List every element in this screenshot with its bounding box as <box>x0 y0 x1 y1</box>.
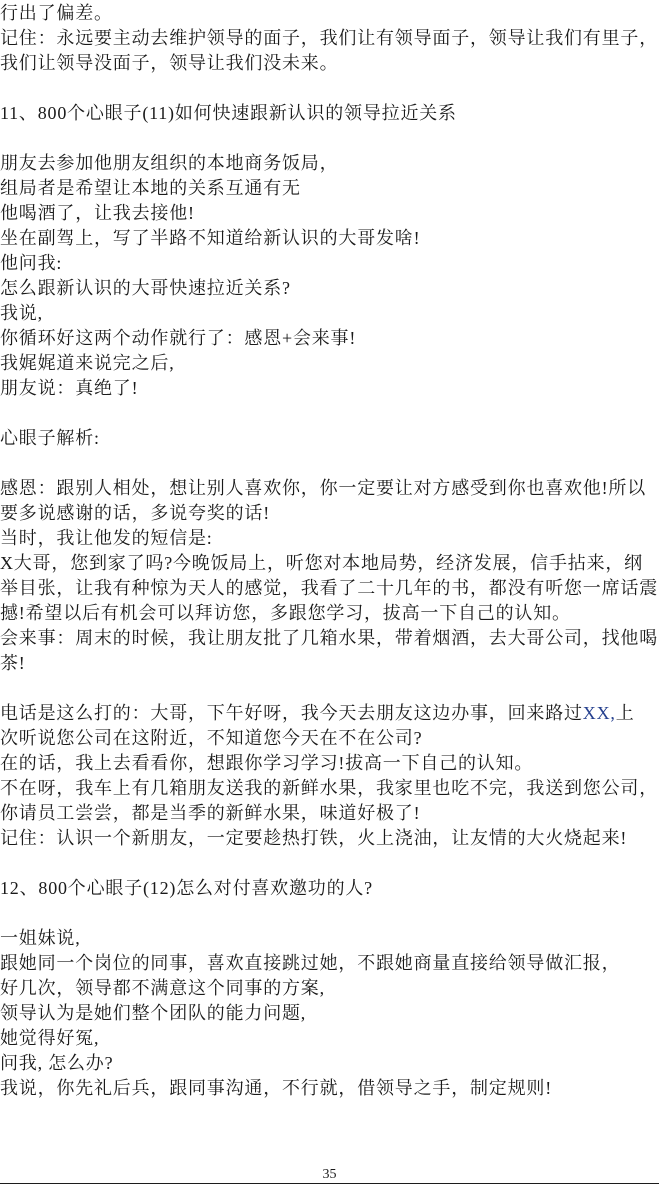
blank-line <box>0 126 659 151</box>
text-segment: 不在呀，我车上有几箱朋友送我的新鲜水果，我家里也吃不完，我送到您公司， <box>0 778 658 798</box>
document-body: 行出了偏差。记住：永远要主动去维护领导的面子，我们让有领导面子，领导让我们有里子… <box>0 1 659 1101</box>
text-line: 次听说您公司在这附近，不知道您今天在不在公司? <box>0 726 659 751</box>
text-segment: 上 <box>616 703 635 723</box>
text-line: 会来事：周末的时候，我让朋友批了几箱水果，带着烟酒，去大哥公司，找他喝 <box>0 626 659 651</box>
text-line: 我说, <box>0 301 659 326</box>
text-segment: 记住：认识一个新朋友，一定要趁热打铁，火上浇油，让友情的大火烧起来! <box>0 828 627 848</box>
text-line: 心眼子解析: <box>0 426 659 451</box>
text-line: 当时，我让他发的短信是: <box>0 526 659 551</box>
text-line: 记住：认识一个新朋友，一定要趁热打铁，火上浇油，让友情的大火烧起来! <box>0 826 659 851</box>
text-segment: 跟她同一个岗位的同事，喜欢直接跳过她，不跟她商量直接给领导做汇报， <box>0 953 620 973</box>
text-segment: 好几次，领导都不满意这个同事的方案, <box>0 978 325 998</box>
blank-line <box>0 76 659 101</box>
text-segment: 我们让领导没面子，领导让我们没未来。 <box>0 53 338 73</box>
text-segment: 心眼子解析: <box>0 428 100 448</box>
blank-line <box>0 676 659 701</box>
text-segment: 朋友说：真绝了! <box>0 378 138 398</box>
text-line: 我娓娓道来说完之后, <box>0 351 659 376</box>
text-segment: 举目张，让我有种惊为天人的感觉，我看了二十几年的书，都没有听您一席话震 <box>0 578 658 598</box>
text-segment: 他喝酒了，让我去接他! <box>0 203 195 223</box>
text-segment: 你循环好这两个动作就行了：感恩+会来事! <box>0 328 356 348</box>
text-segment: 我说，你先礼后兵，跟同事沟通，不行就，借领导之手，制定规则! <box>0 1078 552 1098</box>
text-line: 坐在副驾上，写了半路不知道给新认识的大哥发啥! <box>0 226 659 251</box>
text-line: X大哥，您到家了吗?今晚饭局上，听您对本地局势，经济发展，信手拈来，纲 <box>0 551 659 576</box>
text-segment: 当时，我让他发的短信是: <box>0 528 213 548</box>
text-segment: 感恩：跟别人相处，想让别人喜欢你，你一定要让对方感受到你也喜欢他!所以 <box>0 478 646 498</box>
text-segment: 12、800个心眼子(12)怎么对付喜欢邀功的人? <box>0 878 373 898</box>
text-line: 他问我: <box>0 251 659 276</box>
text-line: 我们让领导没面子，领导让我们没未来。 <box>0 51 659 76</box>
text-line: 记住：永远要主动去维护领导的面子，我们让有领导面子，领导让我们有里子， <box>0 26 659 51</box>
text-line: 不在呀，我车上有几箱朋友送我的新鲜水果，我家里也吃不完，我送到您公司， <box>0 776 659 801</box>
text-segment: 领导认为是她们整个团队的能力问题, <box>0 1003 306 1023</box>
footer-divider <box>0 1183 659 1184</box>
text-line: 好几次，领导都不满意这个同事的方案, <box>0 976 659 1001</box>
text-line: 茶! <box>0 651 659 676</box>
text-segment: 朋友去参加他朋友组织的本地商务饭局， <box>0 153 338 173</box>
text-line: 电话是这么打的：大哥，下午好呀，我今天去朋友这边办事，回来路过XX,上 <box>0 701 659 726</box>
text-line: 感恩：跟别人相处，想让别人喜欢你，你一定要让对方感受到你也喜欢他!所以 <box>0 476 659 501</box>
text-segment: 电话是这么打的：大哥，下午好呀，我今天去朋友这边办事，回来路过 <box>0 703 583 723</box>
text-line: 朋友说：真绝了! <box>0 376 659 401</box>
text-line: 他喝酒了，让我去接他! <box>0 201 659 226</box>
text-segment: 我说, <box>0 303 43 323</box>
text-line: 朋友去参加他朋友组织的本地商务饭局， <box>0 151 659 176</box>
text-segment: 她觉得好冤, <box>0 1028 99 1048</box>
blank-line <box>0 901 659 926</box>
text-line: 在的话，我上去看看你，想跟你学习学习!拔高一下自己的认知。 <box>0 751 659 776</box>
section-heading: 11、800个心眼子(11)如何快速跟新认识的领导拉近关系 <box>0 101 659 126</box>
text-segment: X大哥，您到家了吗?今晚饭局上，听您对本地局势，经济发展，信手拈来，纲 <box>0 553 643 573</box>
text-line: 我说，你先礼后兵，跟同事沟通，不行就，借领导之手，制定规则! <box>0 1076 659 1101</box>
text-line: 组局者是希望让本地的关系互通有无 <box>0 176 659 201</box>
text-segment: 坐在副驾上，写了半路不知道给新认识的大哥发啥! <box>0 228 420 248</box>
text-line: 她觉得好冤, <box>0 1026 659 1051</box>
text-line: 行出了偏差。 <box>0 1 659 26</box>
text-segment: 在的话，我上去看看你，想跟你学习学习!拔高一下自己的认知。 <box>0 753 533 773</box>
text-segment: 行出了偏差。 <box>0 3 113 23</box>
text-segment: 组局者是希望让本地的关系互通有无 <box>0 178 301 198</box>
text-segment: 撼!希望以后有机会可以拜访您，多跟您学习，拔高一下自己的认知。 <box>0 603 571 623</box>
text-segment: 我娓娓道来说完之后, <box>0 353 175 373</box>
text-segment: 一姐妹说, <box>0 928 81 948</box>
text-line: 你循环好这两个动作就行了：感恩+会来事! <box>0 326 659 351</box>
text-segment: 他问我: <box>0 253 62 273</box>
text-line: 跟她同一个岗位的同事，喜欢直接跳过她，不跟她商量直接给领导做汇报， <box>0 951 659 976</box>
section-heading: 12、800个心眼子(12)怎么对付喜欢邀功的人? <box>0 876 659 901</box>
text-line: 撼!希望以后有机会可以拜访您，多跟您学习，拔高一下自己的认知。 <box>0 601 659 626</box>
text-line: 领导认为是她们整个团队的能力问题, <box>0 1001 659 1026</box>
text-segment: 你请员工尝尝，都是当季的新鲜水果，味道好极了! <box>0 803 420 823</box>
text-line: 你请员工尝尝，都是当季的新鲜水果，味道好极了! <box>0 801 659 826</box>
text-segment: 记住：永远要主动去维护领导的面子，我们让有领导面子，领导让我们有里子， <box>0 28 658 48</box>
text-segment: 要多说感谢的话，多说夸奖的话! <box>0 503 270 523</box>
inline-link-text: XX, <box>583 703 616 723</box>
text-line: 怎么跟新认识的大哥快速拉近关系? <box>0 276 659 301</box>
text-line: 问我, 怎么办? <box>0 1051 659 1076</box>
text-segment: 怎么跟新认识的大哥快速拉近关系? <box>0 278 291 298</box>
document-page: 行出了偏差。记住：永远要主动去维护领导的面子，我们让有领导面子，领导让我们有里子… <box>0 0 659 1192</box>
text-segment: 会来事：周末的时候，我让朋友批了几箱水果，带着烟酒，去大哥公司，找他喝 <box>0 628 658 648</box>
blank-line <box>0 451 659 476</box>
blank-line <box>0 401 659 426</box>
page-number: 35 <box>0 1166 659 1183</box>
text-segment: 茶! <box>0 653 26 673</box>
text-segment: 11、800个心眼子(11)如何快速跟新认识的领导拉近关系 <box>0 103 457 123</box>
blank-line <box>0 851 659 876</box>
text-segment: 次听说您公司在这附近，不知道您今天在不在公司? <box>0 728 422 748</box>
text-line: 要多说感谢的话，多说夸奖的话! <box>0 501 659 526</box>
text-line: 举目张，让我有种惊为天人的感觉，我看了二十几年的书，都没有听您一席话震 <box>0 576 659 601</box>
text-line: 一姐妹说, <box>0 926 659 951</box>
text-segment: 问我, 怎么办? <box>0 1053 113 1073</box>
